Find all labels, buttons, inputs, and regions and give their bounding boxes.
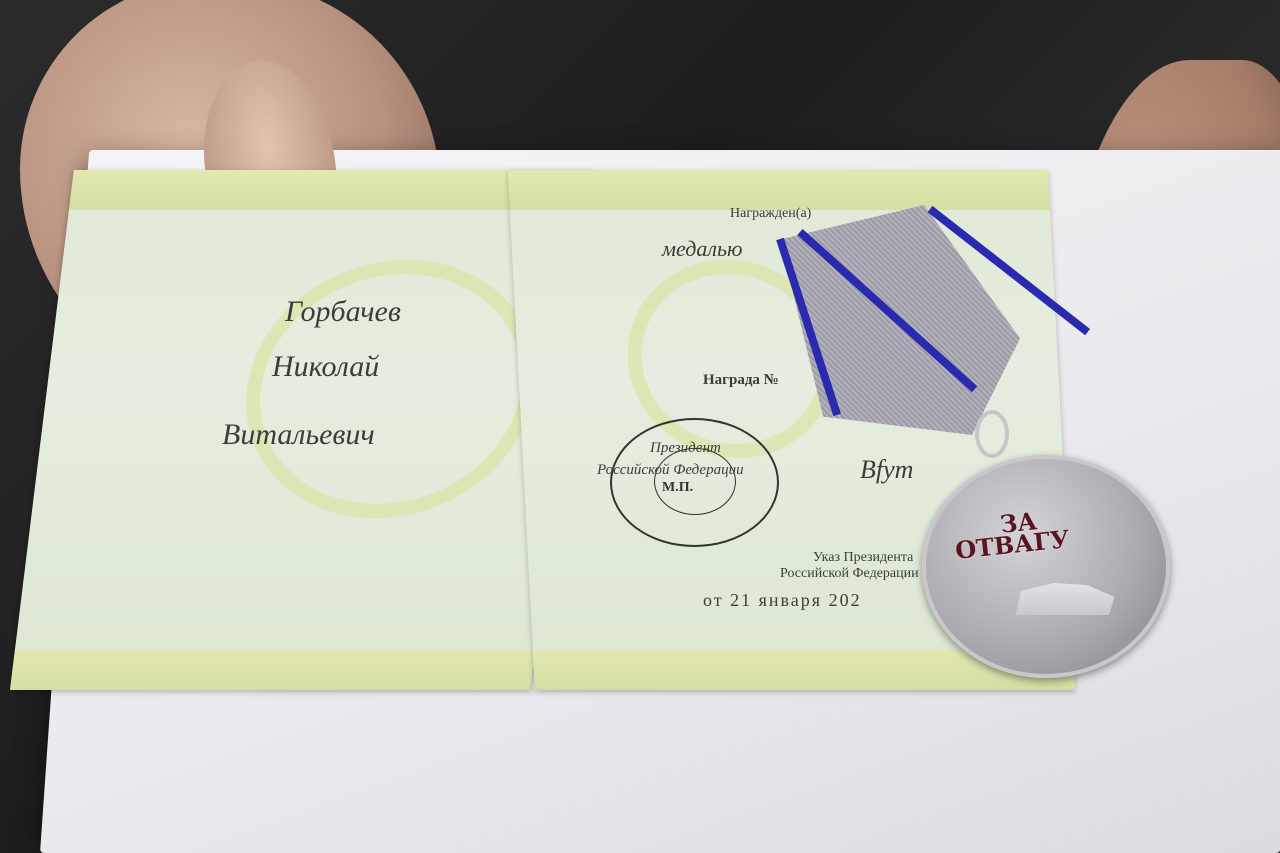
award-number-label: Награда №: [703, 372, 779, 389]
medal-ring: [975, 410, 1009, 458]
signature: Вfym: [860, 455, 913, 485]
awarded-with: медалью: [662, 236, 743, 262]
decree-line1: Указ Президента: [813, 550, 913, 566]
recipient-first-name: Николай: [272, 350, 379, 384]
recipient-patronymic: Витальевич: [222, 418, 375, 452]
signatory-title: Президент: [650, 440, 721, 457]
decree-line2: Российской Федерации: [780, 566, 919, 582]
medal-for-courage: [922, 455, 1170, 678]
decree-date: от 21 января 202: [703, 590, 862, 611]
awarded-label: Награжден(а): [730, 206, 811, 222]
stamp-text: М.П.: [662, 480, 693, 496]
signatory-country: Российской Федерации: [597, 462, 744, 479]
official-stamp: М.П.: [610, 418, 779, 547]
recipient-surname: Горбачев: [285, 295, 401, 329]
